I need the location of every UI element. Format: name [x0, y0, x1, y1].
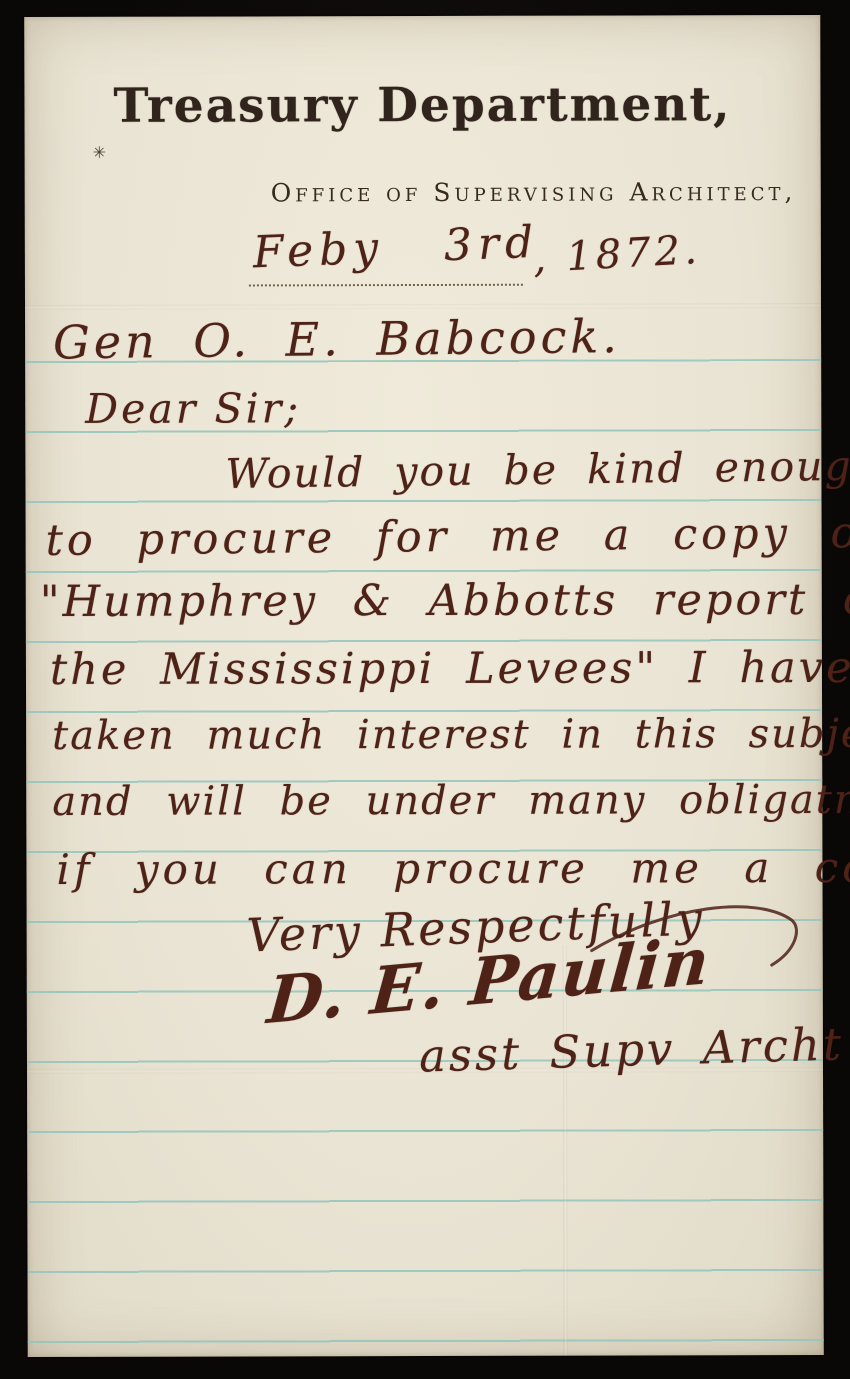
body-line: the Mississippi Levees" I have	[50, 643, 850, 695]
letter-paper: Treasury Department, ✳ Office of Supervi…	[24, 15, 824, 1357]
date-dotted-line	[249, 284, 523, 287]
salutation-line: Dear Sir;	[85, 384, 301, 433]
body-line: taken much interest in this subject	[52, 711, 850, 759]
body-line: to procure for me a copy of	[45, 508, 850, 566]
handwritten-year: , 1872.	[532, 227, 702, 282]
letterhead-title: Treasury Department,	[24, 77, 820, 134]
body-line: and will be under many obligatns	[52, 777, 850, 825]
recipient-line: Gen O. E. Babcock.	[53, 309, 621, 369]
body-line: Would you be kind enough	[225, 441, 850, 498]
body-line: "Humphrey & Abbotts report on	[40, 575, 850, 627]
body-line: if you can procure me a copy	[56, 843, 850, 894]
ink-ornament-icon: ✳	[93, 143, 106, 162]
letterhead-subtitle: Office of Supervising Architect,	[271, 177, 797, 207]
scan-background: Treasury Department, ✳ Office of Supervi…	[0, 0, 850, 1379]
fold-crease-top	[25, 303, 821, 310]
handwritten-date: Feby 3rd	[252, 217, 540, 279]
